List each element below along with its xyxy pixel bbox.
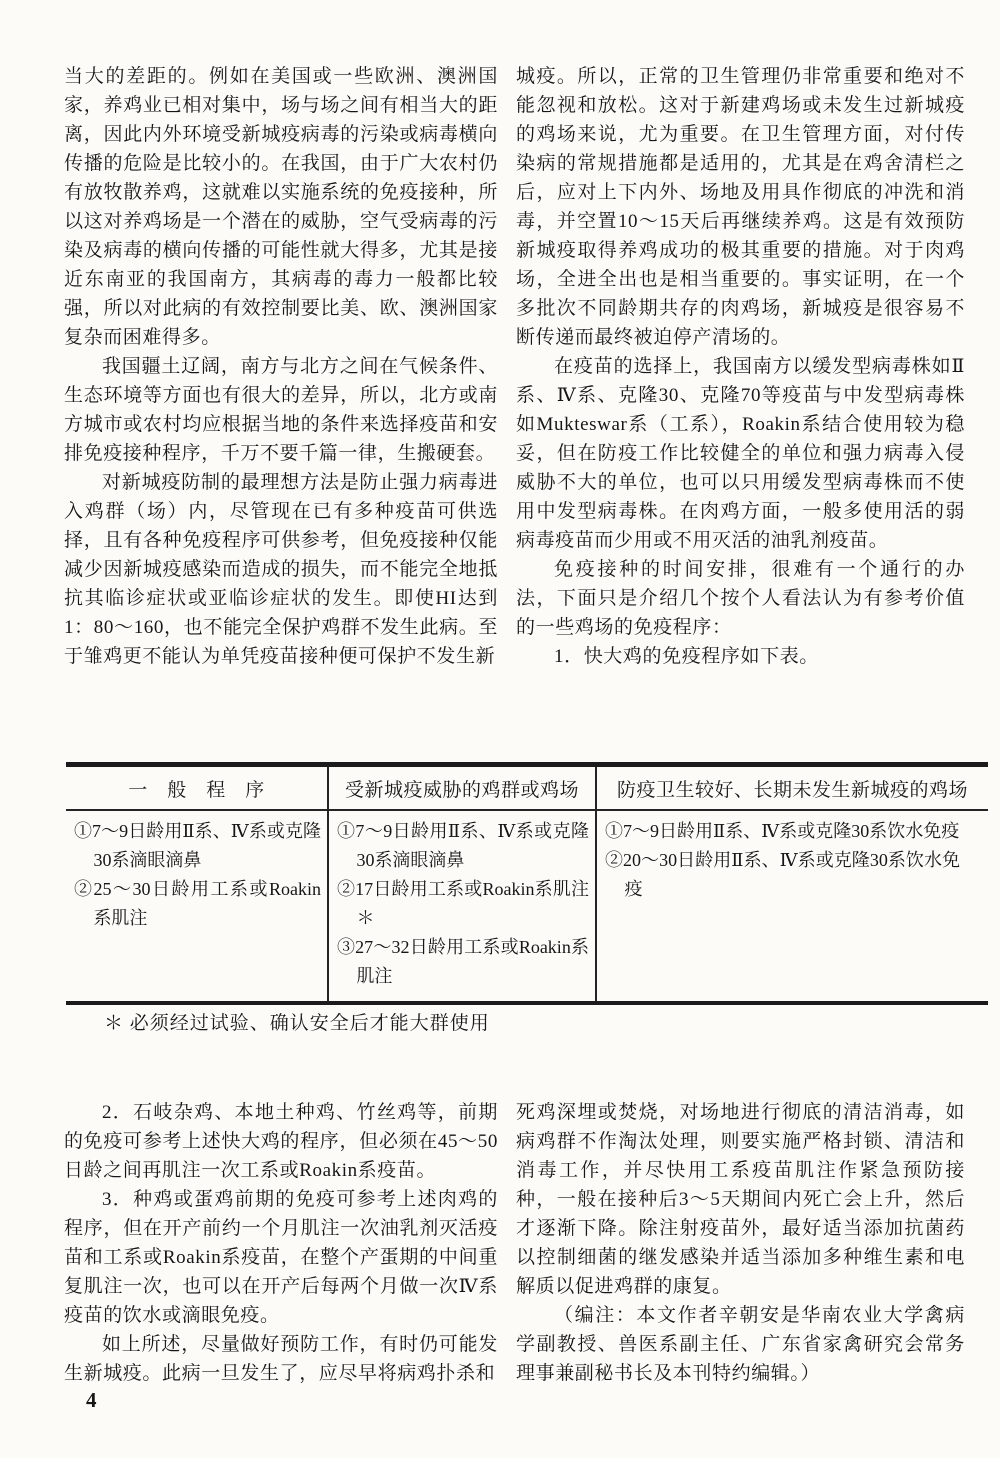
schedule-step: ①7～9日龄用Ⅱ系、Ⅳ系或克隆30系滴眼滴鼻 (337, 817, 589, 875)
schedule-step: ①7～9日龄用Ⅱ系、Ⅳ系或克隆30系滴眼滴鼻 (74, 817, 321, 875)
paragraph: 在疫苗的选择上，我国南方以缓发型病毒株如Ⅱ系、Ⅳ系、克隆30、克隆70等疫苗与中… (516, 352, 965, 555)
paragraph: 1．快大鸡的免疫程序如下表。 (516, 642, 965, 671)
table-header-good-hygiene-farms: 防疫卫生较好、长期未发生新城疫的鸡场 (597, 767, 988, 809)
schedule-step: ①7～9日龄用Ⅱ系、Ⅳ系或克隆30系饮水免疫 (605, 817, 960, 846)
table-cell-good-hygiene-farms: ①7～9日龄用Ⅱ系、Ⅳ系或克隆30系饮水免疫 ②20～30日龄用Ⅱ系、Ⅳ系或克隆… (597, 811, 988, 1001)
paragraph: 3．种鸡或蛋鸡前期的免疫可参考上述肉鸡的程序，但在开产前约一个月肌注一次油乳剂灭… (64, 1185, 498, 1330)
table-cell-threatened-flocks: ①7～9日龄用Ⅱ系、Ⅳ系或克隆30系滴眼滴鼻 ②17日龄用工系或Roakin系肌… (329, 811, 597, 1001)
editor-note-paragraph: （编注：本文作者辛朝安是华南农业大学禽病学副教授、兽医系副主任、广东省家禽研究会… (516, 1301, 965, 1388)
table-footnote: ＊ 必须经过试验、确认安全后才能大群使用 (104, 1008, 490, 1035)
schedule-step: ②17日龄用工系或Roakin系肌注＊ (337, 875, 589, 933)
schedule-step: ②25～30日龄用工系或Roakin系肌注 (74, 875, 321, 933)
schedule-step: ③27～32日龄用工系或Roakin系肌注 (337, 933, 589, 991)
bottom-right-column: 死鸡深埋或焚烧，对场地进行彻底的清洁消毒，如病鸡群不作淘汰处理，则要实施严格封锁… (516, 1098, 965, 1388)
table-header-row: 一 般 程 序 受新城疫威胁的鸡群或鸡场 防疫卫生较好、长期未发生新城疫的鸡场 (66, 767, 988, 811)
bottom-left-column: 2．石岐杂鸡、本地土种鸡、竹丝鸡等，前期的免疫可参考上述快大鸡的程序，但必须在4… (64, 1098, 498, 1388)
top-right-column: 城疫。所以，正常的卫生管理仍非常重要和绝对不能忽视和放松。这对于新建鸡场或未发生… (516, 62, 965, 671)
top-left-column: 当大的差距的。例如在美国或一些欧洲、澳洲国家，养鸡业已相对集中，场与场之间有相当… (64, 62, 498, 671)
page-number: 4 (86, 1388, 98, 1413)
paragraph: 对新城疫防制的最理想方法是防止强力病毒进入鸡群（场）内，尽管现在已有多种疫苗可供… (64, 468, 498, 671)
table-header-threatened-flocks: 受新城疫威胁的鸡群或鸡场 (329, 767, 597, 809)
paragraph: 当大的差距的。例如在美国或一些欧洲、澳洲国家，养鸡业已相对集中，场与场之间有相当… (64, 62, 498, 352)
immunization-program-table: 一 般 程 序 受新城疫威胁的鸡群或鸡场 防疫卫生较好、长期未发生新城疫的鸡场 … (66, 762, 988, 1005)
paragraph: 城疫。所以，正常的卫生管理仍非常重要和绝对不能忽视和放松。这对于新建鸡场或未发生… (516, 62, 965, 352)
paragraph: 2．石岐杂鸡、本地土种鸡、竹丝鸡等，前期的免疫可参考上述快大鸡的程序，但必须在4… (64, 1098, 498, 1185)
table-header-general-program: 一 般 程 序 (66, 767, 329, 809)
paragraph: 我国疆土辽阔，南方与北方之间在气候条件、生态环境等方面也有很大的差异，所以，北方… (64, 352, 498, 468)
scanned-document-page: 当大的差距的。例如在美国或一些欧洲、澳洲国家，养鸡业已相对集中，场与场之间有相当… (0, 0, 1000, 1458)
paragraph: 免疫接种的时间安排，很难有一个通行的办法，下面只是介绍几个按个人看法认为有参考价… (516, 555, 965, 642)
table-body-row: ①7～9日龄用Ⅱ系、Ⅳ系或克隆30系滴眼滴鼻 ②25～30日龄用工系或Roaki… (66, 811, 988, 1001)
schedule-step: ②20～30日龄用Ⅱ系、Ⅳ系或克隆30系饮水免疫 (605, 846, 960, 904)
paragraph: 如上所述，尽量做好预防工作，有时仍可能发生新城疫。此病一旦发生了，应尽早将病鸡扑… (64, 1330, 498, 1388)
paragraph: 死鸡深埋或焚烧，对场地进行彻底的清洁消毒，如病鸡群不作淘汰处理，则要实施严格封锁… (516, 1098, 965, 1301)
table-cell-general-program: ①7～9日龄用Ⅱ系、Ⅳ系或克隆30系滴眼滴鼻 ②25～30日龄用工系或Roaki… (66, 811, 329, 1001)
